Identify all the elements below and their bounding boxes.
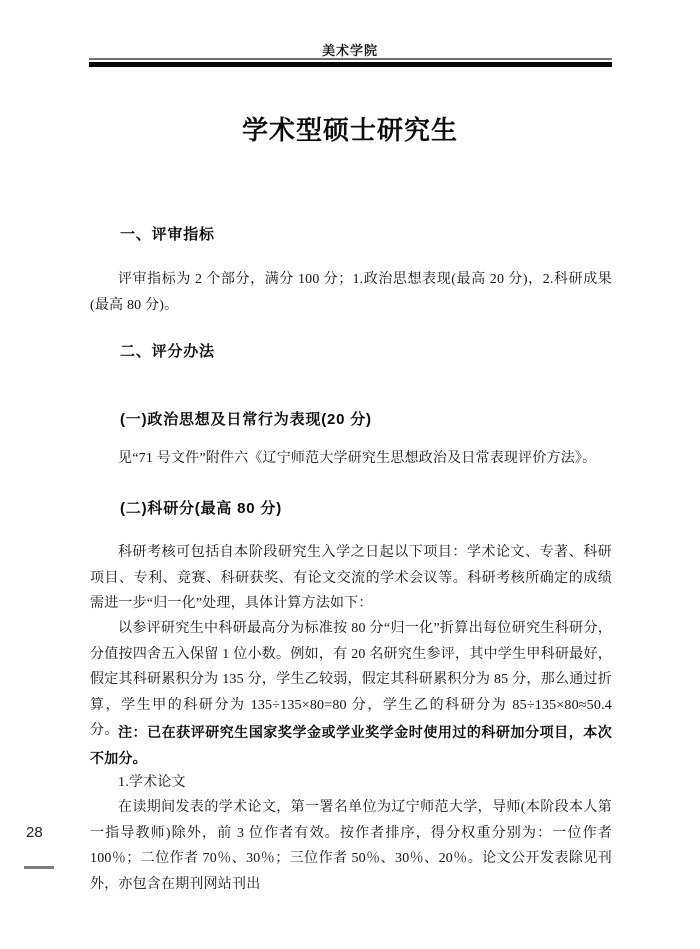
subsection-heading-research: (二)科研分(最高 80 分) [90, 499, 612, 519]
section-heading-1: 一、评审指标 [90, 225, 612, 245]
page-number-rule [24, 866, 54, 869]
paragraph-political-reference: 见“71 号文件”附件六《辽宁师范大学研究生思想政治及日常表现评价方法》。 [90, 446, 612, 472]
page-title: 学术型硕士研究生 [0, 110, 700, 147]
running-header: 美术学院 [0, 40, 700, 59]
header-rule-thin [89, 58, 612, 60]
paragraph-research-scope: 科研考核可包括自本阶段研究生入学之日起以下项目：学术论文、专著、科研项目、专利、… [90, 540, 612, 617]
note-paragraph: 注：已在获评研究生国家奖学金或学业奖学金时使用过的科研加分项目，本次不加分。 [90, 720, 612, 771]
page-number: 28 [26, 824, 43, 841]
paragraph-paper-rules: 在读期间发表的学术论文，第一署名单位为辽宁师范大学，导师(本阶段本人第一指导教师… [90, 795, 612, 897]
paragraph-evaluation-indicators: 评审指标为 2 个部分，满分 100 分；1.政治思想表现(最高 20 分)，2… [90, 267, 612, 318]
subsection-heading-political: (一)政治思想及日常行为表现(20 分) [90, 410, 612, 430]
document-page: 美术学院 学术型硕士研究生 一、评审指标 评审指标为 2 个部分，满分 100 … [0, 0, 700, 949]
header-rule-thick [89, 62, 612, 67]
section-heading-2: 二、评分办法 [90, 342, 612, 362]
list-item-academic-papers: 1.学术论文 [90, 770, 612, 796]
